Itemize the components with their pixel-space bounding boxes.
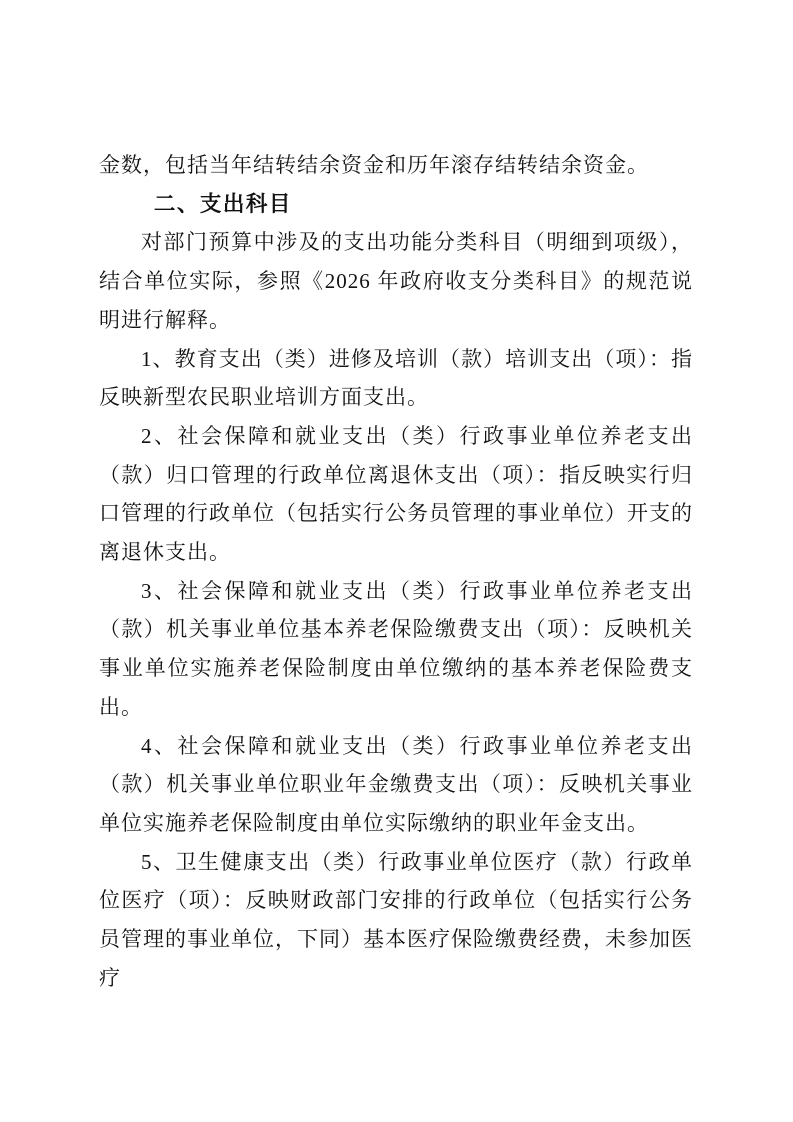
document-page: 金数，包括当年结转结余资金和历年滚存结转结余资金。 二、支出科目 对部门预算中涉…: [0, 0, 793, 1122]
paragraph-intro: 对部门预算中涉及的支出功能分类科目（明细到项级），结合单位实际，参照《2026 …: [99, 223, 693, 339]
paragraph-item-2-retirement: 2、社会保障和就业支出（类）行政事业单位养老支出（款）归口管理的行政单位离退休支…: [99, 417, 693, 572]
page-content: 金数，包括当年结转结余资金和历年滚存结转结余资金。 二、支出科目 对部门预算中涉…: [99, 146, 693, 997]
paragraph-item-1-education: 1、教育支出（类）进修及培训（款）培训支出（项）：指反映新型农民职业培训方面支出…: [99, 340, 693, 417]
paragraph-item-3-basic-pension: 3、社会保障和就业支出（类）行政事业单位养老支出（款）机关事业单位基本养老保险缴…: [99, 572, 693, 727]
paragraph-item-5-medical: 5、卫生健康支出（类）行政事业单位医疗（款）行政单位医疗（项）：反映财政部门安排…: [99, 843, 693, 998]
section-heading-expenditure-subjects: 二、支出科目: [99, 185, 693, 224]
paragraph-item-4-annuity: 4、社会保障和就业支出（类）行政事业单位养老支出（款）机关事业单位职业年金缴费支…: [99, 727, 693, 843]
paragraph-continuation: 金数，包括当年结转结余资金和历年滚存结转结余资金。: [99, 146, 693, 185]
